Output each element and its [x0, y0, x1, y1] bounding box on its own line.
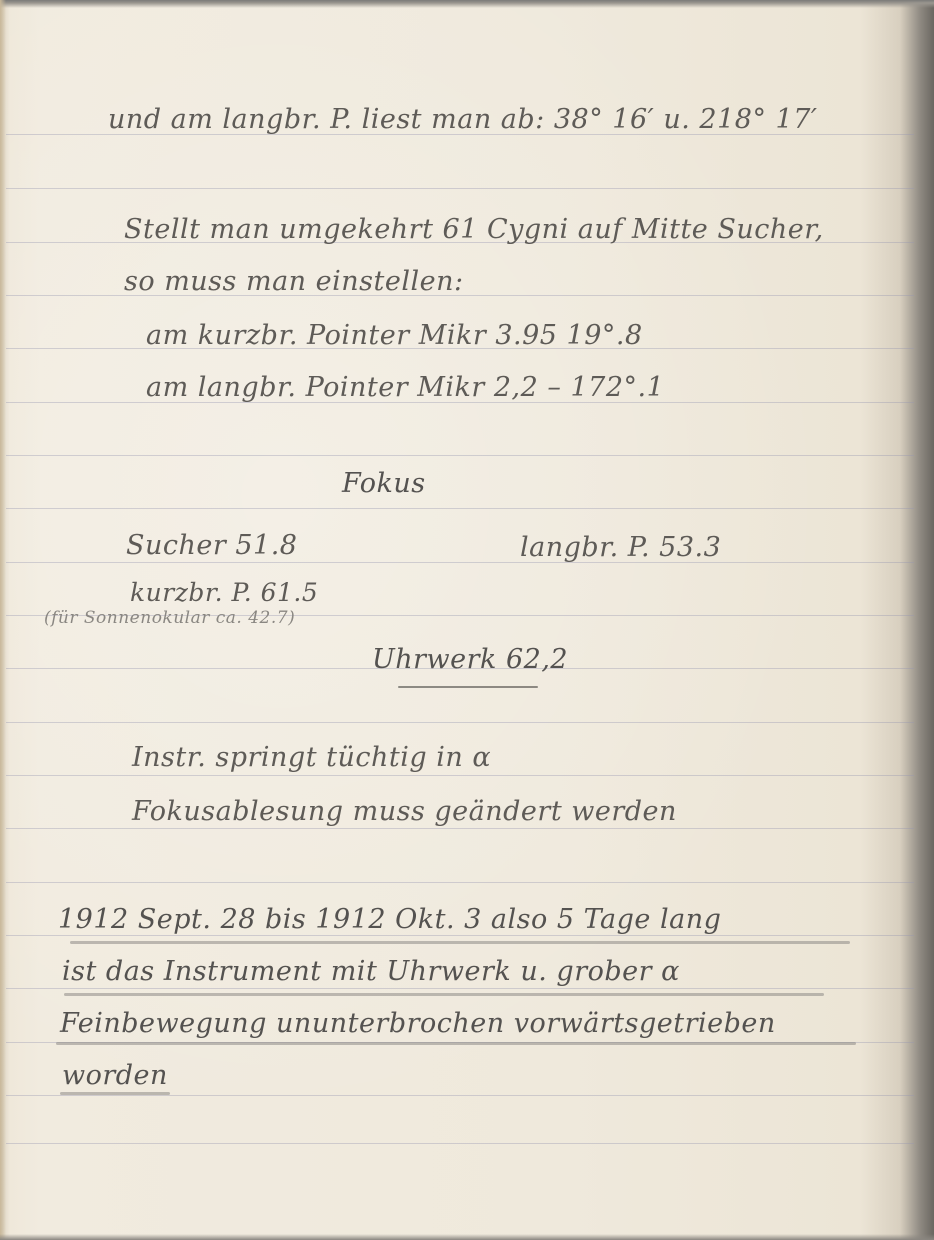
feinbewegung-underline — [56, 1042, 856, 1045]
fokus-heading: Fokus — [342, 468, 426, 499]
ruled-line — [6, 988, 914, 989]
line-feinbewegung: Feinbewegung ununterbrochen vorwärtsgetr… — [60, 1008, 776, 1039]
uhrwerk-underline — [398, 686, 538, 688]
worden-underline — [60, 1092, 170, 1095]
line-date-range: 1912 Sept. 28 bis 1912 Okt. 3 also 5 Tag… — [58, 904, 721, 935]
line-fokusablesung: Fokusablesung muss geändert werden — [132, 796, 677, 827]
fokus-langbr: langbr. P. 53.3 — [520, 532, 721, 563]
bottom-edge-shadow — [0, 1234, 934, 1240]
fokus-sonnenokular-note: (für Sonnenokular ca. 42.7) — [44, 608, 295, 628]
ruled-line — [6, 188, 914, 189]
notebook-page: und am langbr. P. liest man ab: 38° 16′ … — [0, 0, 934, 1240]
line-3-instruction: so muss man einstellen: — [124, 266, 464, 297]
fokus-kurzbr: kurzbr. P. 61.5 — [130, 578, 318, 607]
ruled-line — [6, 455, 914, 456]
line-4-kurzbr-pointer: am kurzbr. Pointer Mikr 3.95 19°.8 — [146, 320, 643, 351]
fokus-sucher: Sucher 51.8 — [126, 530, 297, 561]
line-1-measurement: und am langbr. P. liest man ab: 38° 16′ … — [108, 104, 818, 135]
line-instr-springt: Instr. springt tüchtig in α — [132, 742, 491, 773]
date-range-underline — [70, 941, 850, 944]
ruled-line — [6, 722, 914, 723]
line-2-instruction: Stellt man umgekehrt 61 Cygni auf Mitte … — [124, 214, 824, 245]
ruled-line — [6, 882, 914, 883]
top-edge-shadow — [0, 0, 934, 8]
line-instrument: ist das Instrument mit Uhrwerk u. grober… — [62, 956, 680, 987]
uhrwerk-reading: Uhrwerk 62,2 — [372, 644, 568, 675]
line-worden: worden — [62, 1060, 168, 1091]
instrument-underline — [64, 993, 824, 996]
ruled-line — [6, 562, 914, 563]
ruled-line — [6, 508, 914, 509]
ruled-line — [6, 1143, 914, 1144]
ruled-line — [6, 1095, 914, 1096]
line-5-langbr-pointer: am langbr. Pointer Mikr 2,2 – 172°.1 — [146, 372, 664, 403]
ruled-line — [6, 828, 914, 829]
ruled-line — [6, 935, 914, 936]
ruled-line — [6, 775, 914, 776]
page-left-edge — [0, 0, 6, 1240]
